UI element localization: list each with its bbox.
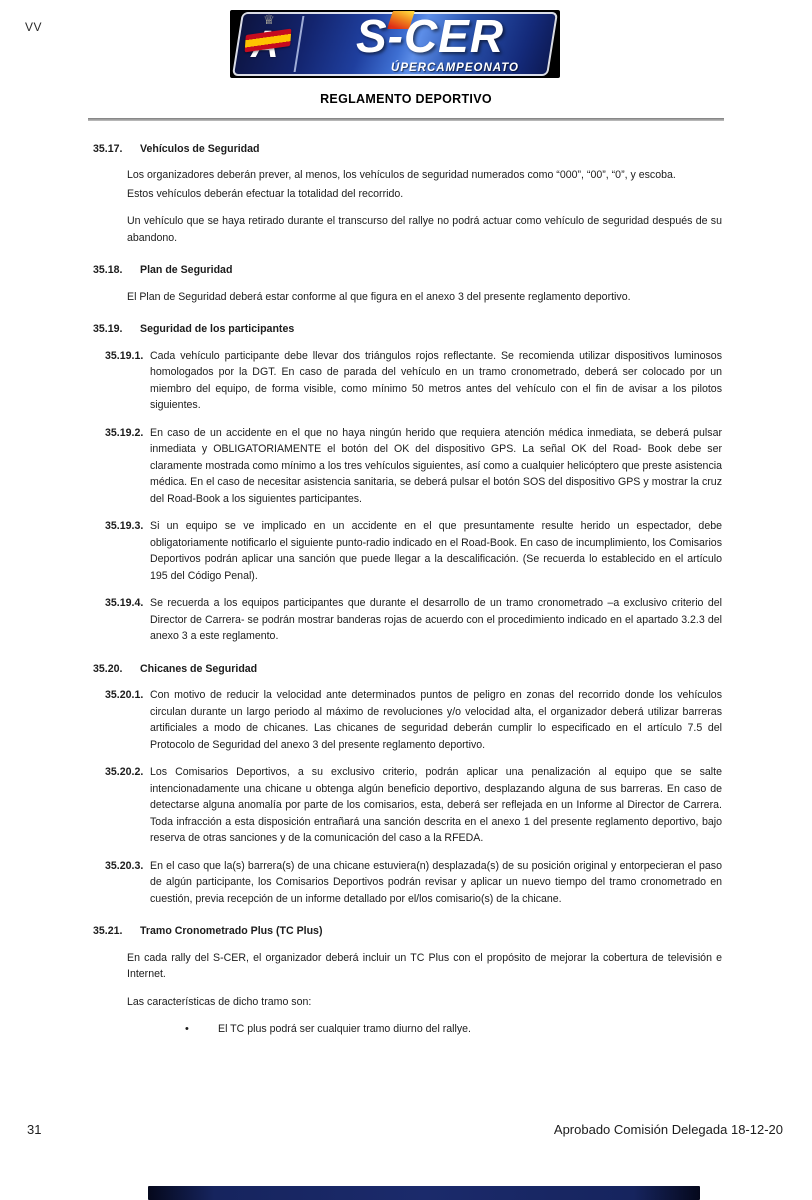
- logo-subtitle: ÚPERCAMPEONATO: [362, 62, 548, 74]
- item-text: Los Comisarios Deportivos, a su exclusiv…: [150, 764, 722, 847]
- numbered-item: 35.19.3. Si un equipo se ve implicado en…: [105, 518, 722, 584]
- item-text: Cada vehículo participante debe llevar d…: [150, 348, 722, 414]
- page-header: VV ♕ A S-CER ÚPERCAMPEONATO: [0, 0, 812, 92]
- section-number: 35.18.: [93, 262, 140, 279]
- item-text: En caso de un accidente en el que no hay…: [150, 425, 722, 508]
- item-number: 35.20.3.: [105, 858, 150, 908]
- logo-content: ♕ A S-CER ÚPERCAMPEONATO: [230, 10, 560, 78]
- item-number: 35.20.2.: [105, 764, 150, 847]
- paragraph: Los organizadores deberán prever, al men…: [127, 167, 722, 184]
- item-number: 35.19.2.: [105, 425, 150, 508]
- logo-divider: [294, 16, 305, 72]
- item-number: 35.19.1.: [105, 348, 150, 414]
- section-title: Chicanes de Seguridad: [140, 661, 257, 678]
- item-number: 35.19.4.: [105, 595, 150, 645]
- section-number: 35.17.: [93, 141, 140, 158]
- section-heading-35-18: 35.18. Plan de Seguridad: [93, 262, 722, 279]
- page-number: 31: [27, 1122, 41, 1137]
- logo-wordmark: S-CER: [310, 7, 550, 65]
- section-heading-35-20: 35.20. Chicanes de Seguridad: [93, 661, 722, 678]
- numbered-item: 35.20.3. En el caso que la(s) barrera(s)…: [105, 858, 722, 908]
- header-rule: [88, 118, 724, 121]
- item-text: En el caso que la(s) barrera(s) de una c…: [150, 858, 722, 908]
- paragraph: El Plan de Seguridad deberá estar confor…: [127, 289, 722, 306]
- paragraph: Las características de dicho tramo son:: [127, 994, 722, 1011]
- margin-note: VV: [25, 20, 42, 34]
- document-body: 35.17. Vehículos de Seguridad Los organi…: [93, 141, 722, 1038]
- rfeda-emblem: ♕ A: [244, 13, 294, 75]
- numbered-item: 35.20.1. Con motivo de reducir la veloci…: [105, 687, 722, 753]
- numbered-item: 35.20.2. Los Comisarios Deportivos, a su…: [105, 764, 722, 847]
- next-page-logo-edge: [148, 1186, 700, 1200]
- scer-logo: ♕ A S-CER ÚPERCAMPEONATO: [230, 10, 560, 78]
- approval-note: Aprobado Comisión Delegada 18-12-20: [554, 1122, 783, 1137]
- bullet-item: • El TC plus podrá ser cualquier tramo d…: [185, 1021, 722, 1038]
- document-page: VV ♕ A S-CER ÚPERCAMPEONATO REGLAMENTO D…: [0, 0, 812, 1200]
- item-number: 35.19.3.: [105, 518, 150, 584]
- bullet-text: El TC plus podrá ser cualquier tramo diu…: [218, 1021, 471, 1038]
- item-text: Si un equipo se ve implicado en un accid…: [150, 518, 722, 584]
- section-title: Plan de Seguridad: [140, 262, 232, 279]
- numbered-item: 35.19.1. Cada vehículo participante debe…: [105, 348, 722, 414]
- doc-title: REGLAMENTO DEPORTIVO: [0, 92, 812, 106]
- section-number: 35.20.: [93, 661, 140, 678]
- section-title: Seguridad de los participantes: [140, 321, 294, 338]
- item-text: Se recuerda a los equipos participantes …: [150, 595, 722, 645]
- section-title: Vehículos de Seguridad: [140, 141, 260, 158]
- bullet-icon: •: [185, 1021, 218, 1038]
- section-heading-35-17: 35.17. Vehículos de Seguridad: [93, 141, 722, 158]
- section-heading-35-19: 35.19. Seguridad de los participantes: [93, 321, 722, 338]
- section-title: Tramo Cronometrado Plus (TC Plus): [140, 923, 322, 940]
- section-number: 35.19.: [93, 321, 140, 338]
- section-number: 35.21.: [93, 923, 140, 940]
- paragraph: Un vehículo que se haya retirado durante…: [127, 213, 722, 246]
- paragraph: En cada rally del S-CER, el organizador …: [127, 950, 722, 983]
- item-text: Con motivo de reducir la velocidad ante …: [150, 687, 722, 753]
- paragraph: Estos vehículos deberán efectuar la tota…: [127, 186, 722, 203]
- numbered-item: 35.19.2. En caso de un accidente en el q…: [105, 425, 722, 508]
- numbered-item: 35.19.4. Se recuerda a los equipos parti…: [105, 595, 722, 645]
- section-heading-35-21: 35.21. Tramo Cronometrado Plus (TC Plus): [93, 923, 722, 940]
- item-number: 35.20.1.: [105, 687, 150, 753]
